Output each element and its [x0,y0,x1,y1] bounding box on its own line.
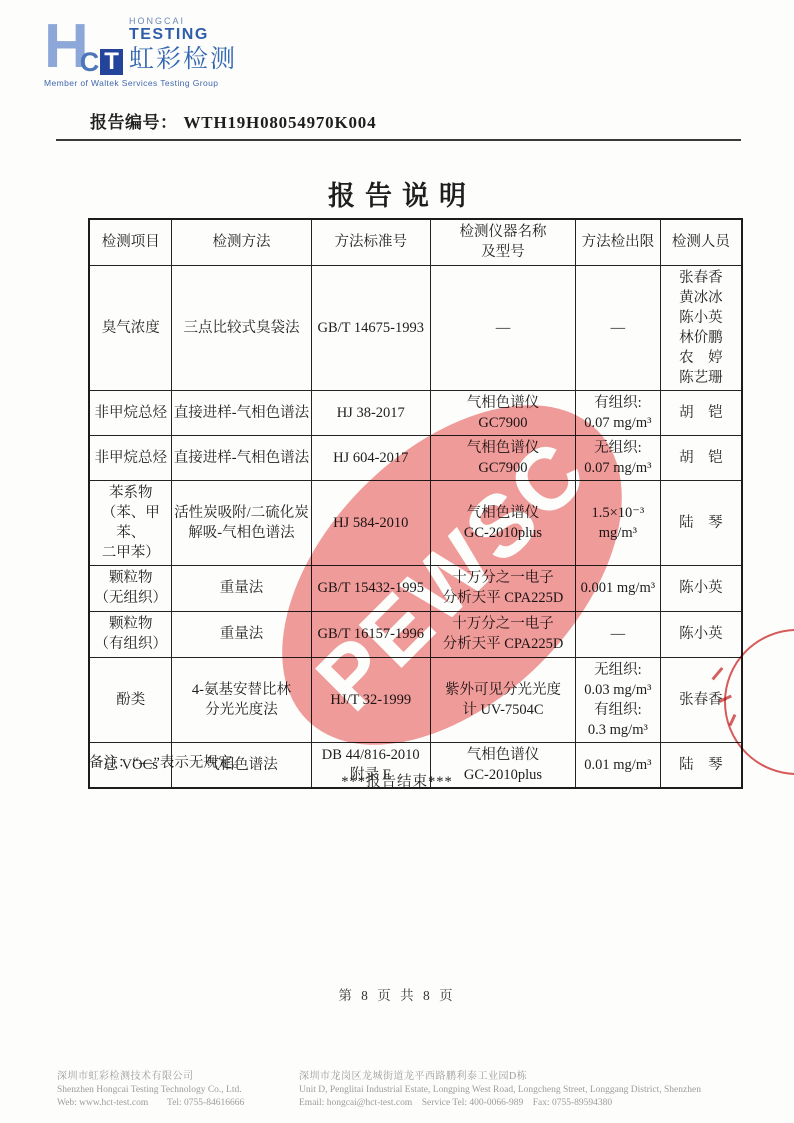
cell-standard: GB/T 14675-1993 [311,265,430,390]
cell-method: 重量法 [172,565,311,611]
report-number-value: WTH19H08054970K004 [184,113,377,132]
logo-member-line: Member of Waltek Services Testing Group [44,78,237,88]
cell-standard: GB/T 15432-1995 [311,565,430,611]
cell-method: 重量法 [172,611,311,657]
hct-logo-icon: H C T [44,19,123,75]
col-header-item: 检测项目 [89,219,172,265]
cell-limit: 无组织: 0.07 mg/m³ [575,435,660,480]
logo-letter-t: T [100,49,123,75]
col-header-standard: 方法标准号 [311,219,430,265]
footer-email-fax: Email: hongcai@hct-test.com Service Tel:… [299,1097,769,1111]
cell-personnel: 陈小英 [660,611,742,657]
cell-limit: 1.5×10⁻³ mg/m³ [575,480,660,565]
report-number: 报告编号：WTH19H08054970K004 [90,108,376,133]
table-row: 苯系物 （苯、甲苯、 二甲苯） 活性炭吸附/二硫化炭 解吸-气相色谱法 HJ 5… [89,480,742,565]
report-end-mark: ***报告结束*** [0,770,794,791]
footer-company-name-en: Shenzhen Hongcai Testing Technology Co.,… [57,1084,292,1098]
logo-testing-text: TESTING [129,26,237,44]
footer-company-block: 深圳市虹彩检测技术有限公司 Shenzhen Hongcai Testing T… [57,1070,292,1111]
test-method-table: 检测项目 检测方法 方法标准号 检测仪器名称 及型号 方法检出限 检测人员 臭气… [88,218,743,789]
table-row: 颗粒物 （有组织） 重量法 GB/T 16157-1996 十万分之一电子 分析… [89,611,742,657]
cell-instrument: 紫外可见分光光度 计 UV-7504C [430,657,575,742]
cell-item: 颗粒物 （有组织） [89,611,172,657]
footer-web-tel: Web: www.hct-test.com Tel: 0755-84616666 [57,1097,292,1111]
cell-standard: GB/T 16157-1996 [311,611,430,657]
cell-limit: 0.001 mg/m³ [575,565,660,611]
col-header-personnel: 检测人员 [660,219,742,265]
cell-personnel: 陆 琴 [660,480,742,565]
table-row: 非甲烷总烃 直接进样-气相色谱法 HJ 38-2017 气相色谱仪 GC7900… [89,390,742,435]
cell-item: 臭气浓度 [89,265,172,390]
logo-chinese-name: 虹彩检测 [129,44,237,74]
table-row: 颗粒物 （无组织） 重量法 GB/T 15432-1995 十万分之一电子 分析… [89,565,742,611]
cell-limit: — [575,611,660,657]
table-header-row: 检测项目 检测方法 方法标准号 检测仪器名称 及型号 方法检出限 检测人员 [89,219,742,265]
cell-personnel: 张春香 黄冰冰 陈小英 林价鹏 农 婷 陈艺珊 [660,265,742,390]
cell-item: 颗粒物 （无组织） [89,565,172,611]
cell-standard: HJ 38-2017 [311,390,430,435]
cell-instrument: 气相色谱仪 GC7900 [430,435,575,480]
cell-instrument: 十万分之一电子 分析天平 CPA225D [430,611,575,657]
footer-address-cn: 深圳市龙岗区龙城街道龙平西路鹏利泰工业园D栋 [299,1070,769,1084]
cell-personnel: 陈小英 [660,565,742,611]
report-number-label: 报告编号： [90,113,178,132]
cell-instrument: — [430,265,575,390]
cell-limit: 有组织: 0.07 mg/m³ [575,390,660,435]
table-row: 非甲烷总烃 直接进样-气相色谱法 HJ 604-2017 气相色谱仪 GC790… [89,435,742,480]
cell-personnel: 胡 铠 [660,390,742,435]
cell-instrument: 气相色谱仪 GC7900 [430,390,575,435]
cell-method: 直接进样-气相色谱法 [172,435,311,480]
cell-limit: — [575,265,660,390]
logo-letter-c: C [80,49,100,75]
cell-item: 非甲烷总烃 [89,435,172,480]
cell-method: 活性炭吸附/二硫化炭 解吸-气相色谱法 [172,480,311,565]
footer-company-name-cn: 深圳市虹彩检测技术有限公司 [57,1070,292,1084]
col-header-instrument: 检测仪器名称 及型号 [430,219,575,265]
logo-hongcai-text: HONGCAI [129,16,237,26]
col-header-method: 检测方法 [172,219,311,265]
col-header-limit: 方法检出限 [575,219,660,265]
cell-standard: HJ/T 32-1999 [311,657,430,742]
company-logo: H C T HONGCAI TESTING 虹彩检测 Member of Wal… [44,16,237,88]
cell-item: 苯系物 （苯、甲苯、 二甲苯） [89,480,172,565]
cell-personnel: 胡 铠 [660,435,742,480]
cell-item: 酚类 [89,657,172,742]
page-number: 第 8 页 共 8 页 [0,984,794,1004]
footer-address-en: Unit D, Penglitai Industrial Estate, Lon… [299,1084,769,1098]
cell-standard: HJ 604-2017 [311,435,430,480]
table-row: 酚类 4-氨基安替比林 分光光度法 HJ/T 32-1999 紫外可见分光光度 … [89,657,742,742]
header-divider [56,139,741,141]
cell-instrument: 十万分之一电子 分析天平 CPA225D [430,565,575,611]
remark-note: 备注：“—”表示无规定。 [89,751,247,772]
cell-limit: 无组织: 0.03 mg/m³ 有组织: 0.3 mg/m³ [575,657,660,742]
cell-standard: HJ 584-2010 [311,480,430,565]
page-title: 报告说明 [0,174,794,213]
cell-instrument: 气相色谱仪 GC-2010plus [430,480,575,565]
table-row: 臭气浓度 三点比较式臭袋法 GB/T 14675-1993 — — 张春香 黄冰… [89,265,742,390]
cell-method: 4-氨基安替比林 分光光度法 [172,657,311,742]
footer-address-block: 深圳市龙岗区龙城街道龙平西路鹏利泰工业园D栋 Unit D, Penglitai… [299,1070,769,1111]
cell-method: 直接进样-气相色谱法 [172,390,311,435]
cell-item: 非甲烷总烃 [89,390,172,435]
cell-method: 三点比较式臭袋法 [172,265,311,390]
report-page: { "header": { "logo": { "h": "H", "c": "… [0,0,794,1123]
